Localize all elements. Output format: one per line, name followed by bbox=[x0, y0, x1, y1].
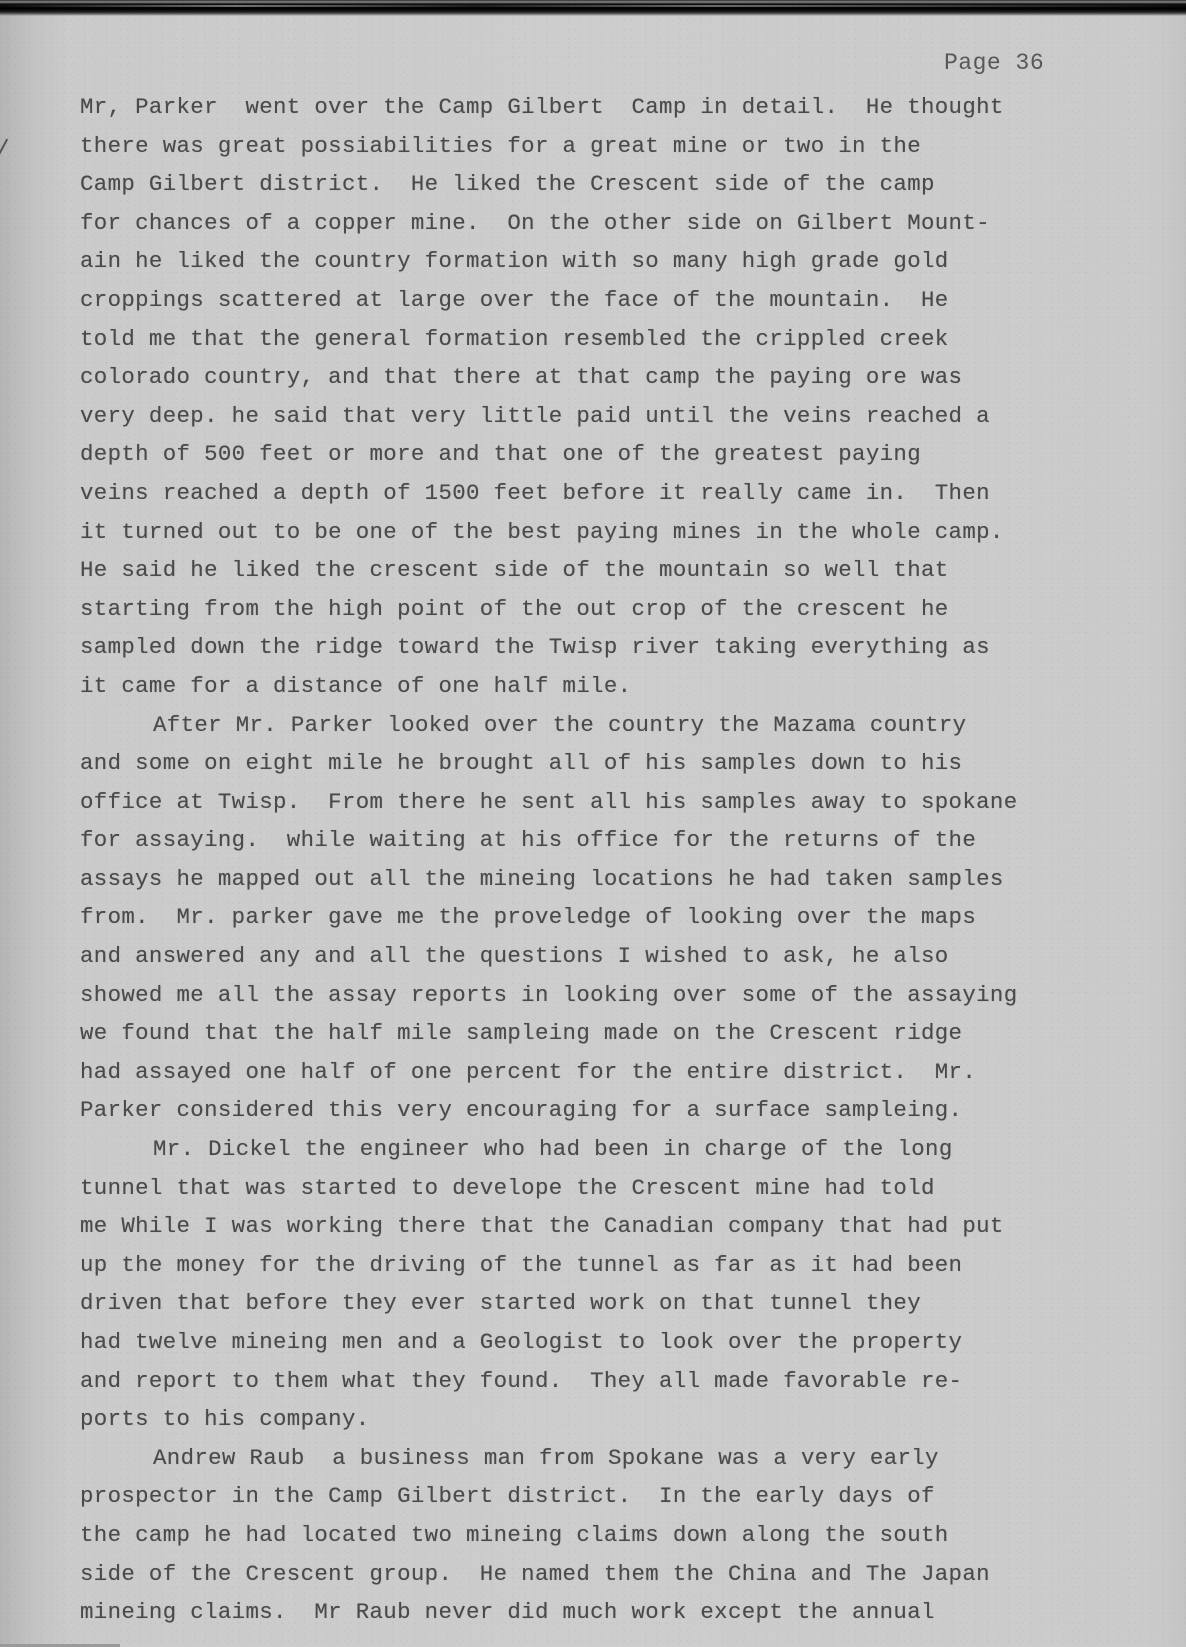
text-line: and report to them what they found. They… bbox=[80, 1362, 1140, 1401]
typewritten-body: Mr, Parker went over the Camp Gilbert Ca… bbox=[80, 88, 1140, 1632]
text-line: driven that before they ever started wor… bbox=[80, 1284, 1140, 1323]
page-number: Page 36 bbox=[944, 50, 1044, 76]
text-line: He said he liked the crescent side of th… bbox=[80, 551, 1140, 590]
text-line: it came for a distance of one half mile. bbox=[80, 667, 1140, 706]
text-line: Camp Gilbert district. He liked the Cres… bbox=[80, 165, 1140, 204]
text-line: and answered any and all the questions I… bbox=[80, 937, 1140, 976]
text-line: the camp he had located two mineing clai… bbox=[80, 1516, 1140, 1555]
text-line: very deep. he said that very little paid… bbox=[80, 397, 1140, 436]
text-line: Parker considered this very encouraging … bbox=[80, 1091, 1140, 1130]
text-line: croppings scattered at large over the fa… bbox=[80, 281, 1140, 320]
margin-pen-mark bbox=[0, 139, 8, 156]
scan-top-edge bbox=[0, 0, 1186, 16]
scanned-page: Page 36 Mr, Parker went over the Camp Gi… bbox=[0, 0, 1186, 1647]
text-line: we found that the half mile sampleing ma… bbox=[80, 1014, 1140, 1053]
text-line: mineing claims. Mr Raub never did much w… bbox=[80, 1593, 1140, 1632]
text-line: starting from the high point of the out … bbox=[80, 590, 1140, 629]
text-line: office at Twisp. From there he sent all … bbox=[80, 783, 1140, 822]
text-line: had twelve mineing men and a Geologist t… bbox=[80, 1323, 1140, 1362]
text-line: it turned out to be one of the best payi… bbox=[80, 513, 1140, 552]
text-line: depth of 500 feet or more and that one o… bbox=[80, 435, 1140, 474]
text-line: side of the Crescent group. He named the… bbox=[80, 1555, 1140, 1594]
text-line: up the money for the driving of the tunn… bbox=[80, 1246, 1140, 1285]
text-line: showed me all the assay reports in looki… bbox=[80, 976, 1140, 1015]
text-line: tunnel that was started to develope the … bbox=[80, 1169, 1140, 1208]
text-line: and some on eight mile he brought all of… bbox=[80, 744, 1140, 783]
text-line: told me that the general formation resem… bbox=[80, 320, 1140, 359]
text-line: for assaying. while waiting at his offic… bbox=[80, 821, 1140, 860]
paragraph-start-line: Mr. Dickel the engineer who had been in … bbox=[80, 1130, 1140, 1169]
text-line: ports to his company. bbox=[80, 1400, 1140, 1439]
paragraph-start-line: Andrew Raub a business man from Spokane … bbox=[80, 1439, 1140, 1478]
text-line: veins reached a depth of 1500 feet befor… bbox=[80, 474, 1140, 513]
text-line: there was great possiabilities for a gre… bbox=[80, 127, 1140, 166]
paragraph-start-line: After Mr. Parker looked over the country… bbox=[80, 706, 1140, 745]
text-line: for chances of a copper mine. On the oth… bbox=[80, 204, 1140, 243]
text-line: ain he liked the country formation with … bbox=[80, 242, 1140, 281]
text-line: from. Mr. parker gave me the proveledge … bbox=[80, 898, 1140, 937]
text-line: sampled down the ridge toward the Twisp … bbox=[80, 628, 1140, 667]
text-line: assays he mapped out all the mineing loc… bbox=[80, 860, 1140, 899]
text-line: me While I was working there that the Ca… bbox=[80, 1207, 1140, 1246]
text-line: had assayed one half of one percent for … bbox=[80, 1053, 1140, 1092]
text-line: prospector in the Camp Gilbert district.… bbox=[80, 1477, 1140, 1516]
text-line: colorado country, and that there at that… bbox=[80, 358, 1140, 397]
text-line: Mr, Parker went over the Camp Gilbert Ca… bbox=[80, 88, 1140, 127]
